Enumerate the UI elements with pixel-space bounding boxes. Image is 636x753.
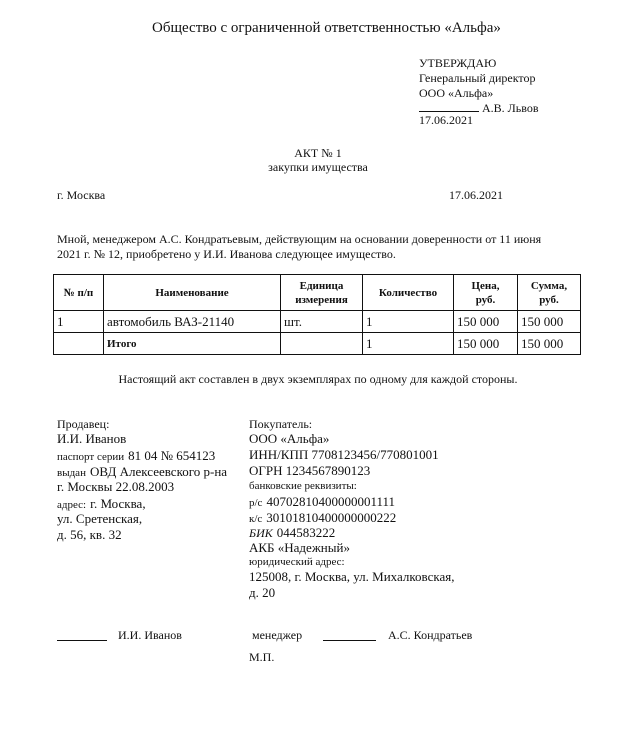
buyer-legal-address-line2: д. 20: [249, 585, 275, 601]
table-row: 1 автомобиль ВАЗ-21140 шт. 1 150 000 150…: [54, 311, 581, 333]
cell-qty: 1: [363, 311, 454, 333]
total-price: 150 000: [454, 333, 518, 355]
buyer-inn-kpp: ИНН/КПП 7708123456/770801001: [249, 447, 439, 463]
passport-label: паспорт серии: [57, 451, 124, 463]
seller-address-line3: д. 56, кв. 32: [57, 527, 122, 543]
buyer-signature-line: [323, 628, 376, 641]
seller-address-line2: ул. Сретенская,: [57, 511, 142, 527]
bik-value: 044583222: [277, 525, 336, 540]
ks-value: 30101810400000000222: [266, 510, 396, 525]
total-qty: 1: [363, 333, 454, 355]
total-label: Итого: [104, 333, 281, 355]
buyer-bank-name: АКБ «Надежный»: [249, 540, 350, 556]
seller-label: Продавец:: [57, 417, 109, 432]
act-city: г. Москва: [57, 188, 105, 203]
total-num: [54, 333, 104, 355]
header-price: Цена, руб.: [454, 275, 518, 311]
items-table: № п/п Наименование Единица измерения Кол…: [53, 274, 581, 355]
issued-value: ОВД Алексеевского р-на: [90, 464, 227, 479]
address-line1: г. Москва,: [90, 496, 146, 511]
buyer-legal-address-label: юридический адрес:: [249, 556, 345, 568]
header-num: № п/п: [54, 275, 104, 311]
total-unit: [281, 333, 363, 355]
approval-heading: УТВЕРЖДАЮ: [419, 56, 496, 71]
address-label: адрес:: [57, 499, 86, 511]
approval-date: 17.06.2021: [419, 113, 473, 128]
seller-issued-line2: г. Москвы 22.08.2003: [57, 479, 174, 495]
cell-unit: шт.: [281, 311, 363, 333]
intro-text-line1: Мной, менеджером А.С. Кондратьевым, дейс…: [57, 232, 541, 247]
act-subtitle: закупки имущества: [0, 160, 636, 175]
header-name: Наименование: [104, 275, 281, 311]
buyer-signature-name: А.С. Кондратьев: [388, 628, 472, 643]
rs-label: р/с: [249, 497, 262, 509]
buyer-ogrn: ОГРН 1234567890123: [249, 463, 370, 479]
act-title: АКТ № 1: [0, 146, 636, 161]
header-price-line1: Цена,: [471, 280, 499, 292]
seller-name: И.И. Иванов: [57, 431, 126, 447]
header-sum-line2: руб.: [539, 294, 559, 306]
approval-signatory: А.В. Львов: [482, 101, 539, 115]
bik-label: БИК: [249, 526, 273, 540]
header-qty: Количество: [363, 275, 454, 311]
table-header-row: № п/п Наименование Единица измерения Кол…: [54, 275, 581, 311]
buyer-signature-position: менеджер: [252, 628, 302, 643]
buyer-name: ООО «Альфа»: [249, 431, 329, 447]
buyer-legal-address-line1: 125008, г. Москва, ул. Михалковская,: [249, 569, 455, 585]
header-price-line2: руб.: [476, 294, 496, 306]
buyer-bank-label: банковские реквизиты:: [249, 480, 357, 492]
issued-label: выдан: [57, 467, 86, 479]
cell-num: 1: [54, 311, 104, 333]
stamp-place: М.П.: [249, 650, 274, 665]
approval-position: Генеральный директор: [419, 71, 536, 86]
copies-note: Настоящий акт составлен в двух экземпляр…: [0, 372, 636, 387]
cell-sum: 150 000: [518, 311, 581, 333]
buyer-label: Покупатель:: [249, 417, 312, 432]
total-sum: 150 000: [518, 333, 581, 355]
header-unit-line1: Единица: [300, 280, 344, 292]
header-sum-line1: Сумма,: [531, 280, 567, 292]
intro-text-line2: 2021 г. № 12, приобретено у И.И. Иванова…: [57, 247, 396, 262]
cell-name: автомобиль ВАЗ-21140: [104, 311, 281, 333]
header-sum: Сумма, руб.: [518, 275, 581, 311]
seller-signature-line: [57, 628, 107, 641]
seller-signature-name: И.И. Иванов: [118, 628, 182, 643]
header-unit: Единица измерения: [281, 275, 363, 311]
act-date: 17.06.2021: [449, 188, 503, 203]
signature-blank: [419, 99, 479, 112]
table-total-row: Итого 1 150 000 150 000: [54, 333, 581, 355]
cell-price: 150 000: [454, 311, 518, 333]
passport-value: 81 04 № 654123: [128, 448, 215, 463]
rs-value: 40702810400000001111: [266, 494, 395, 509]
organization-title: Общество с ограниченной ответственностью…: [152, 20, 501, 37]
header-unit-line2: измерения: [295, 294, 348, 306]
